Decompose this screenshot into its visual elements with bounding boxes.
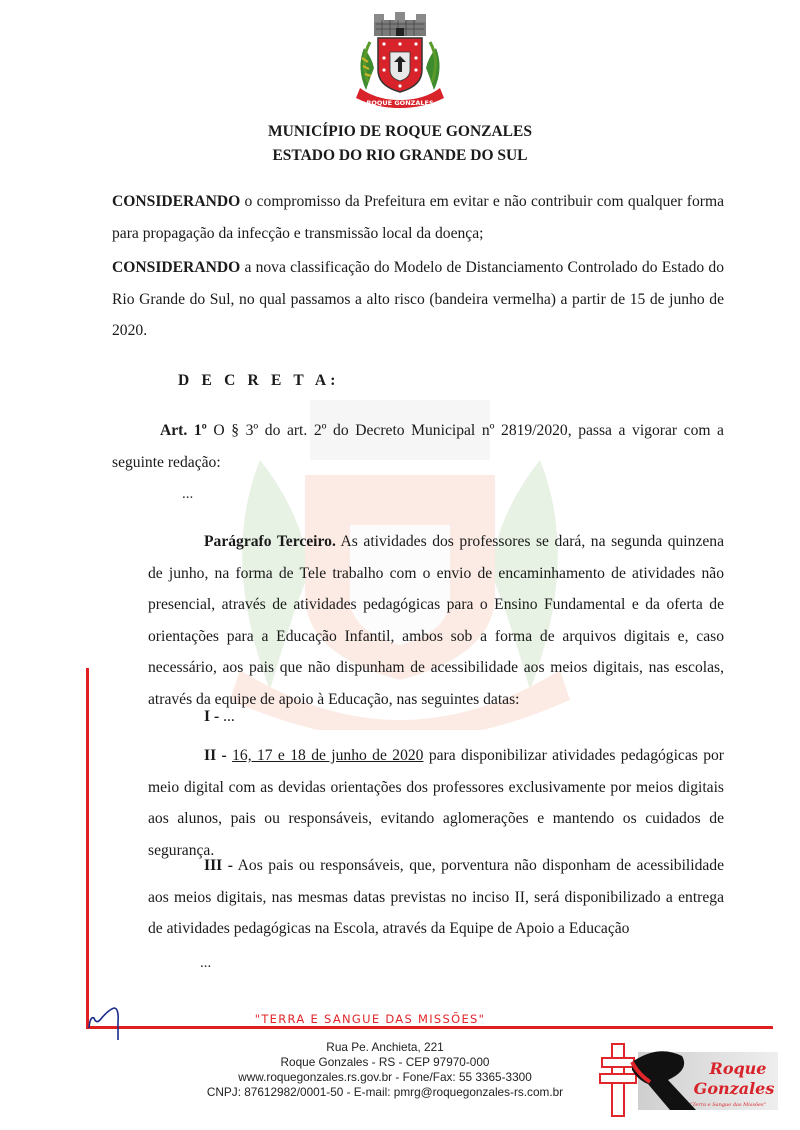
signature-initial-icon	[86, 1000, 136, 1040]
svg-text:"Terra e Sangue das Missões": "Terra e Sangue das Missões"	[690, 1101, 766, 1108]
ellipsis: ...	[182, 486, 193, 503]
decreta-heading: D E C R E T A:	[178, 372, 340, 390]
roque-gonzales-logo-icon: Roque Gonzales "Terra e Sangue das Missõ…	[598, 1040, 780, 1118]
svg-text:Gonzales: Gonzales	[694, 1079, 775, 1098]
inciso-1: I - ...	[204, 708, 235, 726]
municipality-title: MUNICÍPIO DE ROQUE GONZALES	[0, 120, 800, 144]
ellipsis: ...	[200, 955, 211, 972]
footer-city: Roque Gonzales - RS - CEP 97970-000	[170, 1055, 600, 1070]
considerando-paragraph-1: CONSIDERANDO o compromisso da Prefeitura…	[112, 186, 724, 249]
municipal-motto: "TERRA E SANGUE DAS MISSÕES"	[240, 1012, 500, 1026]
footer-cnpj-email: CNPJ: 87612982/0001-50 - E-mail: pmrg@ro…	[170, 1085, 600, 1100]
margin-line-vertical	[86, 668, 89, 1029]
inciso-2-dates: 16, 17 e 18 de junho de 2020	[232, 747, 423, 764]
svg-text:ROQUE GONZALES: ROQUE GONZALES	[366, 99, 434, 107]
state-title: ESTADO DO RIO GRANDE DO SUL	[0, 144, 800, 168]
coat-of-arms-icon: ROQUE GONZALES	[346, 8, 454, 108]
considerando-paragraph-2: CONSIDERANDO a nova classificação do Mod…	[112, 252, 724, 347]
inciso-3: III - Aos pais ou responsáveis, que, por…	[148, 850, 724, 945]
paragrafo-terceiro: Parágrafo Terceiro. As atividades dos pr…	[148, 526, 724, 715]
footer-contact: Rua Pe. Anchieta, 221 Roque Gonzales - R…	[170, 1040, 600, 1100]
footer-web-phone: www.roquegonzales.rs.gov.br - Fone/Fax: …	[170, 1070, 600, 1085]
margin-line-horizontal	[86, 1026, 773, 1029]
svg-text:Roque: Roque	[709, 1059, 767, 1078]
inciso-2: II - 16, 17 e 18 de junho de 2020 para d…	[148, 740, 724, 866]
footer-address: Rua Pe. Anchieta, 221	[170, 1040, 600, 1055]
article-1: Art. 1º O § 3º do art. 2º do Decreto Mun…	[112, 415, 724, 478]
